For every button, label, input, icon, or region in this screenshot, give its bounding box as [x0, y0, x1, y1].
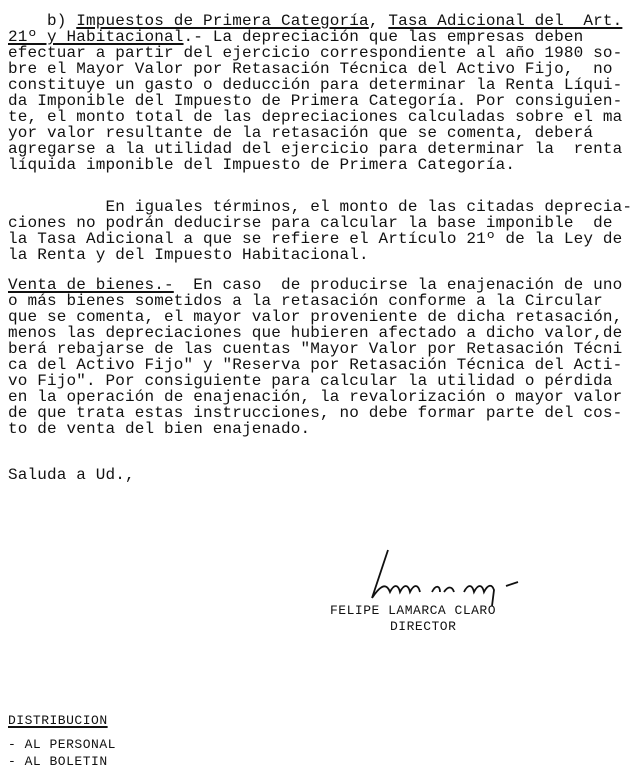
text-line: to de venta del bien enajenado. [8, 421, 310, 437]
text-line: agregarse a la utilidad del ejercicio pa… [8, 141, 622, 157]
text-line: ciones no podrán deducirse para calcular… [8, 215, 613, 231]
closing-salutation: Saluda a Ud., [8, 467, 135, 483]
text-line: líquida imponible del Impuesto de Primer… [8, 157, 515, 173]
text-line: o más bienes sometidos a la retasación c… [8, 293, 603, 309]
signatory-name: FELIPE LAMARCA CLARO [330, 604, 496, 618]
distribution-item: - AL PERSONAL [8, 738, 116, 752]
text-line: da Imponible del Impuesto de Primera Cat… [8, 93, 622, 109]
distribution-heading: DISTRIBUCION [8, 714, 108, 728]
section-b-first-line: b) Impuestos de Primera Categoría, Tasa … [8, 13, 622, 29]
text-line: ca del Activo Fijo" y "Reserva por Retas… [8, 357, 622, 373]
text-line: yor valor resultante de la retasación qu… [8, 125, 593, 141]
text-line: vo Fijo". Por consiguiente para calcular… [8, 373, 613, 389]
text-line: en la operación de enajenación, la reval… [8, 389, 622, 405]
text-line: berá rebajarse de las cuentas "Mayor Val… [8, 341, 622, 357]
text-line: bre el Mayor Valor por Retasación Técnic… [8, 61, 613, 77]
text-line: de que trata estas instrucciones, no deb… [8, 405, 622, 421]
distribution-item: - AL BOLETIN [8, 755, 108, 769]
section-b-second-line: 21º y Habitacional.- La depreciación que… [8, 29, 583, 45]
signatory-title: DIRECTOR [390, 620, 456, 634]
text-line: efectuar a partir del ejercicio correspo… [8, 45, 622, 61]
text-line: la Renta y del Impuesto Habitacional. [8, 247, 369, 263]
text-line: En iguales términos, el monto de las cit… [8, 199, 630, 215]
text-line: te, el monto total de las depreciaciones… [8, 109, 622, 125]
text-line: que se comenta, el mayor valor provenien… [8, 309, 622, 325]
text-line: menos las depreciaciones que hubieren af… [8, 325, 622, 341]
text-line: constituye un gasto o deducción para det… [8, 77, 622, 93]
venta-first-line: Venta de bienes.- En caso de producirse … [8, 277, 622, 293]
text-line: la Tasa Adicional a que se refiere el Ar… [8, 231, 622, 247]
signature-image [360, 548, 560, 608]
